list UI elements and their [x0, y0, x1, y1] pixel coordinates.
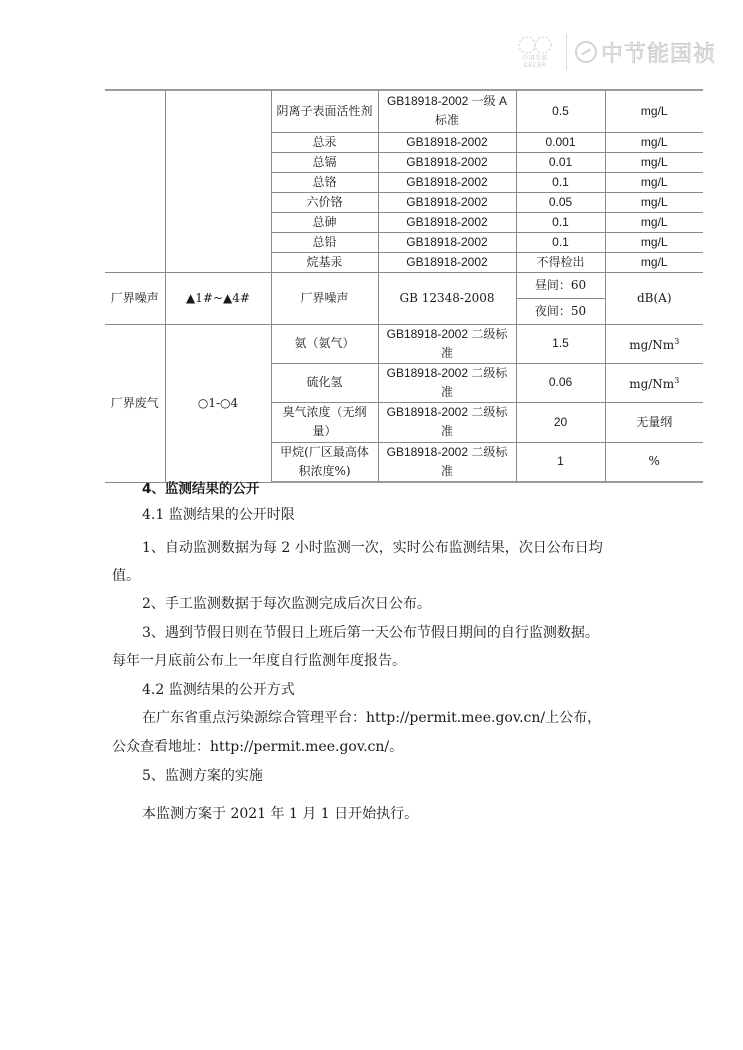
- monitoring-standards-table: 阴离子表面活性剂 GB18918-2002 一级 A 标准 0.5 mg/L 总…: [105, 89, 703, 483]
- item-cell: 六价铬: [271, 192, 378, 212]
- category-cell-empty: [105, 90, 165, 272]
- standard-cell: GB18918-2002: [378, 192, 516, 212]
- standard-cell: GB18918-2002: [378, 252, 516, 272]
- section-4-2-heading: 4.2 监测结果的公开方式: [142, 680, 295, 700]
- limit-cell: 1.5: [516, 324, 605, 363]
- logo-word-text: 中节能国祯: [601, 37, 716, 68]
- standard-cell: GB18918-2002 二级标准: [378, 324, 516, 363]
- night-limit-cell: 夜间：50: [516, 298, 605, 324]
- paragraph-4-line-1: 在广东省重点污染源综合管理平台：http://permit.mee.gov.cn…: [142, 708, 601, 728]
- standard-cell: GB18918-2002: [378, 152, 516, 172]
- points-cell-empty: [165, 90, 271, 272]
- standard-cell: GB18918-2002: [378, 132, 516, 152]
- table-row-noise: 厂界噪声 ▲1#~▲4# 厂界噪声 GB 12348-2008 昼间：60 dB…: [105, 272, 703, 298]
- limit-cell: 0.06: [516, 363, 605, 402]
- unit-cell: mg/L: [605, 172, 703, 192]
- limit-cell: 1: [516, 442, 605, 482]
- item-cell: 硫化氢: [271, 363, 378, 402]
- paragraph-1-line-1: 1、自动监测数据为每 2 小时监测一次，实时公布监测结果，次日公布日均: [142, 538, 603, 558]
- unit-cell: dB(A): [605, 272, 703, 324]
- logo-small-en: CECEP: [524, 62, 546, 69]
- points-cell: ○1-○4: [165, 324, 271, 482]
- unit-cell: mg/Nm3: [605, 363, 703, 402]
- item-cell: 总砷: [271, 212, 378, 232]
- standard-cell: GB18918-2002 二级标准: [378, 442, 516, 482]
- section-5-heading: 5、监测方案的实施: [142, 766, 263, 786]
- limit-cell: 不得检出: [516, 252, 605, 272]
- limit-cell: 0.1: [516, 232, 605, 252]
- rings-icon: [517, 35, 553, 55]
- unit-cell: mg/Nm3: [605, 324, 703, 363]
- limit-cell: 0.01: [516, 152, 605, 172]
- item-cell: 厂界噪声: [271, 272, 378, 324]
- logo-divider: [566, 34, 567, 70]
- limit-cell: 0.05: [516, 192, 605, 212]
- paragraph-1-line-2: 值。: [112, 566, 140, 586]
- unit-text: mg/Nm: [629, 338, 674, 352]
- unit-superscript: 3: [674, 376, 679, 385]
- unit-superscript: 3: [674, 337, 679, 346]
- item-cell: 阴离子表面活性剂: [271, 90, 378, 132]
- limit-cell: 0.001: [516, 132, 605, 152]
- item-cell: 甲烷(厂区最高体积浓度%): [271, 442, 378, 482]
- unit-cell: mg/L: [605, 192, 703, 212]
- item-cell: 总铬: [271, 172, 378, 192]
- table-row: 阴离子表面活性剂 GB18918-2002 一级 A 标准 0.5 mg/L: [105, 90, 703, 132]
- day-limit-cell: 昼间：60: [516, 272, 605, 298]
- unit-cell: %: [605, 442, 703, 482]
- item-cell: 氨（氨气）: [271, 324, 378, 363]
- standard-cell: GB18918-2002: [378, 172, 516, 192]
- unit-cell: mg/L: [605, 232, 703, 252]
- item-cell: 总汞: [271, 132, 378, 152]
- standard-cell: GB18918-2002 二级标准: [378, 363, 516, 402]
- standard-cell: GB18918-2002 一级 A 标准: [378, 90, 516, 132]
- logo-wordmark: 中节能国祯: [575, 37, 716, 68]
- ez-logo-icon: [575, 41, 597, 63]
- limit-cell: 0.1: [516, 212, 605, 232]
- item-cell: 总铅: [271, 232, 378, 252]
- unit-cell: 无量纲: [605, 402, 703, 442]
- paragraph-4-line-2: 公众查看地址：http://permit.mee.gov.cn/。: [112, 737, 403, 757]
- limit-cell: 20: [516, 402, 605, 442]
- unit-cell: mg/L: [605, 132, 703, 152]
- standard-cell: GB18918-2002: [378, 212, 516, 232]
- paragraph-3-line-1: 3、遇到节假日则在节假日上班后第一天公布节假日期间的自行监测数据。: [142, 623, 599, 643]
- points-cell: ▲1#~▲4#: [165, 272, 271, 324]
- unit-text: mg/Nm: [629, 377, 674, 391]
- category-cell: 厂界噪声: [105, 272, 165, 324]
- paragraph-5: 本监测方案于 2021 年 1 月 1 日开始执行。: [142, 804, 418, 824]
- item-cell: 烷基汞: [271, 252, 378, 272]
- table-row-gas: 厂界废气 ○1-○4 氨（氨气） GB18918-2002 二级标准 1.5 m…: [105, 324, 703, 363]
- item-cell: 总镉: [271, 152, 378, 172]
- item-cell: 臭气浓度（无纲量）: [271, 402, 378, 442]
- standard-cell: GB 12348-2008: [378, 272, 516, 324]
- section-4-1-heading: 4.1 监测结果的公开时限: [142, 505, 295, 525]
- logo-small-cn: 中国节能: [522, 55, 548, 62]
- unit-cell: mg/L: [605, 90, 703, 132]
- paragraph-3-line-2: 每年一月底前公布上一年度自行监测年度报告。: [112, 651, 406, 671]
- company-logo: 中国节能 CECEP 中节能国祯: [512, 32, 716, 72]
- limit-cell: 0.1: [516, 172, 605, 192]
- paragraph-2: 2、手工监测数据于每次监测完成后次日公布。: [142, 594, 431, 614]
- category-cell: 厂界废气: [105, 324, 165, 482]
- standard-cell: GB18918-2002 二级标准: [378, 402, 516, 442]
- limit-cell: 0.5: [516, 90, 605, 132]
- section-4-heading: 4、监测结果的公开: [142, 479, 259, 499]
- unit-cell: mg/L: [605, 152, 703, 172]
- unit-cell: mg/L: [605, 252, 703, 272]
- standard-cell: GB18918-2002: [378, 232, 516, 252]
- unit-cell: mg/L: [605, 212, 703, 232]
- cecep-logo: 中国节能 CECEP: [512, 32, 558, 72]
